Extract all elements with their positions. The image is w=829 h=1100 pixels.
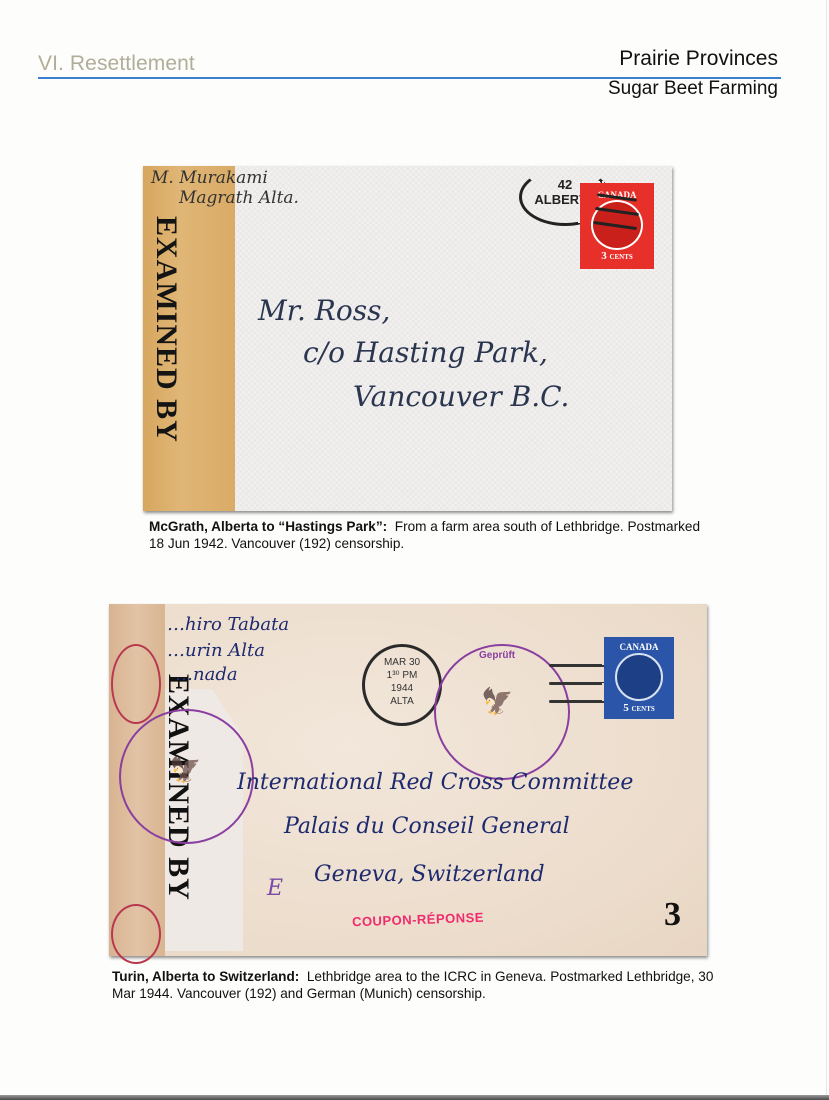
postmark-cancel: MAR 30 1³⁰ PM 1944 ALTA <box>362 644 442 726</box>
caption-1: McGrath, Alberta to “Hastings Park”: Fro… <box>149 518 709 552</box>
handwritten-mark: 3 <box>664 896 681 934</box>
address-line-2: c/o Hasting Park, <box>303 336 548 369</box>
censor-tape-text: EXAMINED BY <box>149 216 183 443</box>
chapter-title: Prairie Provinces <box>619 47 778 71</box>
killer-bar <box>549 700 609 703</box>
sender-line-1: M. Murakami <box>151 168 268 188</box>
censor-handstamp-red <box>111 904 161 964</box>
eagle-icon: 🦅 <box>169 754 201 785</box>
stamp-value: 5 <box>623 702 629 714</box>
censor-tape: EXAMINED BY <box>143 166 235 511</box>
address-line-2: Palais du Conseil General <box>284 814 570 839</box>
page-edge <box>0 1095 829 1100</box>
section-title: VI. Resettlement <box>38 52 195 76</box>
album-page: VI. Resettlement Prairie Provinces Sugar… <box>0 0 827 1095</box>
cancel-year: 1944 <box>365 682 439 695</box>
killer-bar <box>549 682 609 685</box>
stamp-unit: CENTS <box>631 705 654 713</box>
cancel-time: 1³⁰ PM <box>365 669 439 682</box>
stamp-unit: CENTS <box>609 253 632 261</box>
stamp-value-row: 5 CENTS <box>623 702 655 714</box>
address-line-3: Vancouver B.C. <box>353 380 569 413</box>
caption-2: Turin, Alberta to Switzerland: Lethbridg… <box>112 968 732 1002</box>
cancel-date: MAR 30 <box>365 656 439 669</box>
cancel-province: ALTA <box>365 695 439 708</box>
stamp-country: CANADA <box>620 642 659 652</box>
envelope-cover-2: EXAMINED BY 🦅 …hiro Tabata …urin Alta …n… <box>109 604 707 956</box>
envelope-cover-1: EXAMINED BY M. Murakami Magrath Alta. 42… <box>143 166 672 511</box>
portrait-icon <box>615 653 663 701</box>
censor-handstamp-red <box>111 644 161 724</box>
killer-bar <box>549 664 609 667</box>
address-line-1: International Red Cross Committee <box>237 770 633 795</box>
subchapter-title: Sugar Beet Farming <box>608 78 778 100</box>
sender-line-2: Magrath Alta. <box>179 188 299 208</box>
address-line-1: Mr. Ross, <box>258 294 390 327</box>
eagle-icon: 🦅 <box>481 686 513 717</box>
sender-line-1: …hiro Tabata <box>167 614 289 635</box>
stamp-value: 3 <box>601 250 607 262</box>
sender-line-2: …urin Alta <box>167 640 265 661</box>
sender-line-3: …nada <box>175 664 238 685</box>
stamp-value-row: 3 CENTS <box>601 250 633 262</box>
address-line-3: Geneva, Switzerland <box>314 862 545 887</box>
caption-2-title: Turin, Alberta to Switzerland: <box>112 969 299 984</box>
caption-1-title: McGrath, Alberta to “Hastings Park”: <box>149 519 387 534</box>
reply-coupon-handstamp: COUPON-RÉPONSE <box>352 910 484 930</box>
postage-stamp: CANADA 5 CENTS <box>604 637 674 719</box>
censor-label: Geprüft <box>479 650 515 661</box>
pencil-mark: E <box>267 876 283 901</box>
